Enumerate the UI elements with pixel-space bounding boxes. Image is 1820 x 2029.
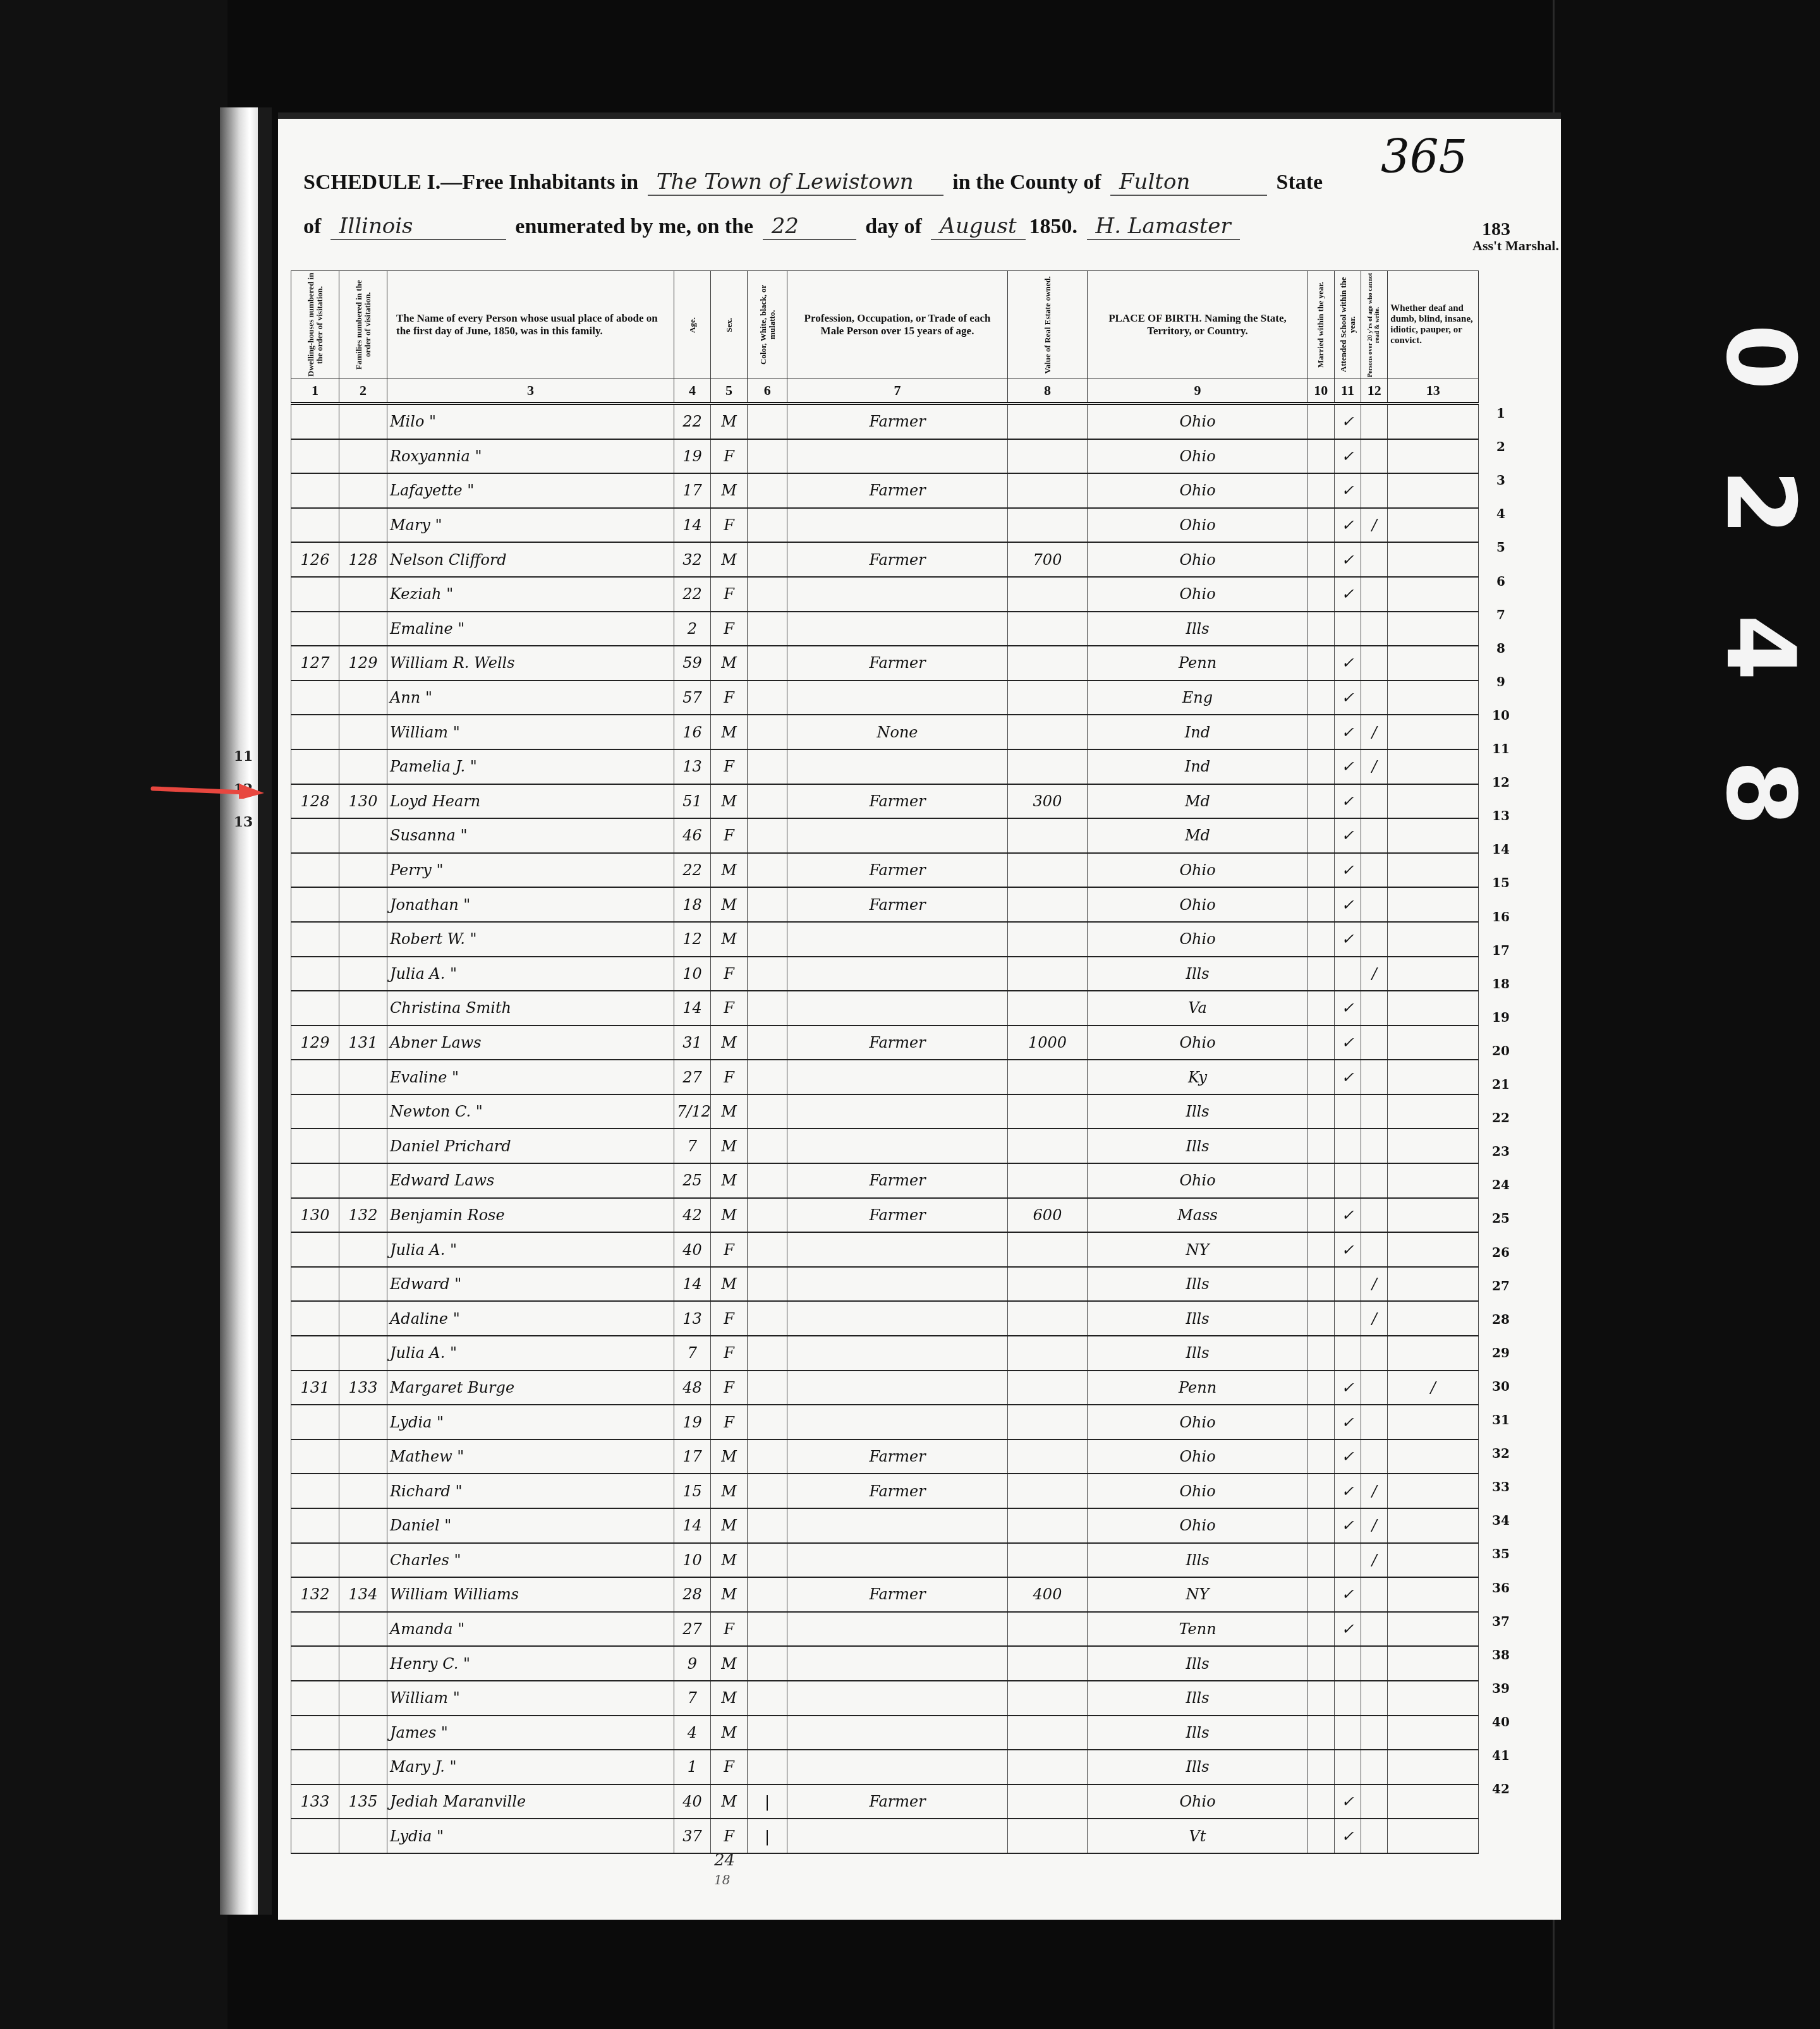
dwelling-number (291, 715, 339, 749)
table-row: Lydia "37F|Vt✓ (291, 1819, 1479, 1853)
illiterate-mark (1361, 1612, 1388, 1647)
real-estate-value (1007, 853, 1088, 888)
line-number: 39 (1485, 1681, 1517, 1696)
illiterate-mark (1361, 1405, 1388, 1439)
married-mark (1307, 818, 1334, 853)
illiterate-mark (1361, 1129, 1388, 1163)
occupation (787, 1681, 1007, 1716)
dwelling-number (291, 612, 339, 646)
dwelling-number: 131 (291, 1371, 339, 1405)
age: 14 (674, 991, 710, 1026)
sex: F (710, 1336, 747, 1371)
married-mark (1307, 1543, 1334, 1578)
married-mark (1307, 1336, 1334, 1371)
birthplace: Ohio (1088, 508, 1307, 543)
dwelling-number (291, 887, 339, 922)
color (748, 1371, 787, 1405)
real-estate-value (1007, 1267, 1088, 1302)
married-mark (1307, 1405, 1334, 1439)
sex: F (710, 957, 747, 991)
occupation (787, 612, 1007, 646)
married-mark (1307, 1129, 1334, 1163)
line-number: 41 (1485, 1748, 1517, 1763)
color (748, 508, 787, 543)
occupation: Farmer (787, 646, 1007, 681)
real-estate-value (1007, 1681, 1088, 1716)
family-number: 129 (339, 646, 387, 681)
sex: M (710, 1646, 747, 1681)
real-estate-value (1007, 1474, 1088, 1508)
person-name: Lafayette " (387, 473, 674, 508)
family-number (339, 1681, 387, 1716)
condition-mark (1388, 1577, 1479, 1612)
birthplace: Ohio (1088, 1439, 1307, 1474)
married-mark (1307, 681, 1334, 715)
birthplace: Ohio (1088, 1784, 1307, 1819)
school-mark: ✓ (1334, 404, 1361, 439)
school-mark (1334, 1750, 1361, 1784)
film-margin-left (0, 0, 227, 2029)
birthplace: Ills (1088, 612, 1307, 646)
illiterate-mark (1361, 1439, 1388, 1474)
person-name: Margaret Burge (387, 1371, 674, 1405)
family-number (339, 818, 387, 853)
condition-mark (1388, 542, 1479, 577)
birthplace: Vt (1088, 1819, 1307, 1853)
married-mark (1307, 1026, 1334, 1060)
table-row: Edward "14MIlls/ (291, 1267, 1479, 1302)
illiterate-mark (1361, 681, 1388, 715)
illiterate-mark: / (1361, 508, 1388, 543)
table-row: Emaline "2FIlls (291, 612, 1479, 646)
school-mark: ✓ (1334, 1819, 1361, 1853)
sex: M (710, 473, 747, 508)
color (748, 922, 787, 957)
person-name: Richard " (387, 1474, 674, 1508)
real-estate-value: 700 (1007, 542, 1088, 577)
col-header-condition: Whether deaf and dumb, blind, insane, id… (1388, 271, 1479, 379)
col-num: 11 (1334, 379, 1361, 404)
school-mark: ✓ (1334, 991, 1361, 1026)
dwelling-number (291, 1336, 339, 1371)
illiterate-mark (1361, 1060, 1388, 1094)
age: 19 (674, 439, 710, 474)
family-number (339, 991, 387, 1026)
col-header-age: Age. (674, 271, 710, 379)
line-number: 16 (1485, 909, 1517, 924)
color (748, 853, 787, 888)
real-estate-value (1007, 1716, 1088, 1750)
state-label: State (1276, 171, 1323, 194)
school-mark (1334, 1129, 1361, 1163)
condition-mark (1388, 1612, 1479, 1647)
color (748, 1094, 787, 1129)
col-header-family: Families numbered in the order of visita… (339, 271, 387, 379)
married-mark (1307, 1474, 1334, 1508)
col-num: 12 (1361, 379, 1388, 404)
illiterate-mark: / (1361, 715, 1388, 749)
table-row: 133135Jediah Maranville40M|FarmerOhio✓ (291, 1784, 1479, 1819)
state-field: Illinois (331, 214, 506, 240)
line-number: 1 (1485, 406, 1517, 421)
person-name: Evaline " (387, 1060, 674, 1094)
school-mark: ✓ (1334, 1232, 1361, 1267)
school-mark: ✓ (1334, 1474, 1361, 1508)
person-name: Loyd Hearn (387, 784, 674, 819)
color: | (748, 1784, 787, 1819)
birthplace: Ills (1088, 1646, 1307, 1681)
line-number: 32 (1485, 1446, 1517, 1461)
sex: M (710, 922, 747, 957)
sex: F (710, 749, 747, 784)
illiterate-mark (1361, 1232, 1388, 1267)
school-mark: ✓ (1334, 1405, 1361, 1439)
line-number: 12 (1485, 775, 1517, 790)
table-row: Julia A. "7FIlls (291, 1336, 1479, 1371)
age: 14 (674, 1267, 710, 1302)
real-estate-value (1007, 1543, 1088, 1578)
family-number (339, 887, 387, 922)
dwelling-number (291, 818, 339, 853)
family-number (339, 1508, 387, 1543)
birthplace: Ohio (1088, 887, 1307, 922)
occupation (787, 749, 1007, 784)
married-mark (1307, 646, 1334, 681)
color (748, 1301, 787, 1336)
col-num: 10 (1307, 379, 1334, 404)
birthplace: Ohio (1088, 1026, 1307, 1060)
col-num: 7 (787, 379, 1007, 404)
condition-mark (1388, 1267, 1479, 1302)
school-mark (1334, 1094, 1361, 1129)
family-number (339, 957, 387, 991)
illiterate-mark: / (1361, 957, 1388, 991)
table-row: Adaline "13FIlls/ (291, 1301, 1479, 1336)
condition-mark (1388, 681, 1479, 715)
sex: F (710, 577, 747, 612)
birthplace: NY (1088, 1577, 1307, 1612)
sex: M (710, 1681, 747, 1716)
school-mark: ✓ (1334, 681, 1361, 715)
family-number (339, 853, 387, 888)
family-number: 132 (339, 1198, 387, 1233)
condition-mark (1388, 1439, 1479, 1474)
condition-mark (1388, 1163, 1479, 1198)
school-mark: ✓ (1334, 1612, 1361, 1647)
real-estate-value: 600 (1007, 1198, 1088, 1233)
dwelling-number (291, 681, 339, 715)
table-row: 130132Benjamin Rose42MFarmer600Mass✓ (291, 1198, 1479, 1233)
occupation: Farmer (787, 784, 1007, 819)
dwelling-number (291, 957, 339, 991)
occupation (787, 1301, 1007, 1336)
illiterate-mark (1361, 1646, 1388, 1681)
person-name: Mary J. " (387, 1750, 674, 1784)
illiterate-mark (1361, 1577, 1388, 1612)
col-header-sex: Sex. (710, 271, 747, 379)
person-name: Edward Laws (387, 1163, 674, 1198)
condition-mark (1388, 508, 1479, 543)
occupation: Farmer (787, 1577, 1007, 1612)
sex: M (710, 1508, 747, 1543)
age: 25 (674, 1163, 710, 1198)
occupation (787, 1405, 1007, 1439)
real-estate-value (1007, 1060, 1088, 1094)
place-field: The Town of Lewistown (648, 169, 943, 196)
person-name: Daniel Prichard (387, 1129, 674, 1163)
family-number (339, 1094, 387, 1129)
age: 7 (674, 1336, 710, 1371)
school-mark: ✓ (1334, 922, 1361, 957)
col-num: 13 (1388, 379, 1479, 404)
married-mark (1307, 404, 1334, 439)
person-name: Mary " (387, 508, 674, 543)
illiterate-mark (1361, 577, 1388, 612)
sex: M (710, 646, 747, 681)
dwelling-number (291, 1543, 339, 1578)
line-number: 37 (1485, 1614, 1517, 1629)
dwelling-number (291, 1405, 339, 1439)
married-mark (1307, 439, 1334, 474)
real-estate-value (1007, 887, 1088, 922)
line-number: 36 (1485, 1580, 1517, 1596)
person-name: Amanda " (387, 1612, 674, 1647)
real-estate-value (1007, 1094, 1088, 1129)
school-mark: ✓ (1334, 784, 1361, 819)
condition-mark (1388, 1784, 1479, 1819)
birthplace: Va (1088, 991, 1307, 1026)
condition-mark (1388, 991, 1479, 1026)
line-number: 26 (1485, 1245, 1517, 1260)
occupation: None (787, 715, 1007, 749)
dwelling-number (291, 853, 339, 888)
census-body: Milo "22MFarmerOhio✓Roxyannia "19FOhio✓L… (291, 404, 1479, 1853)
sex: M (710, 404, 747, 439)
line-number: 28 (1485, 1312, 1517, 1327)
family-number (339, 439, 387, 474)
person-name: Mathew " (387, 1439, 674, 1474)
married-mark (1307, 1819, 1334, 1853)
illiterate-mark (1361, 1198, 1388, 1233)
header-line-1: SCHEDULE I.—Free Inhabitants in The Town… (303, 169, 1323, 196)
color (748, 473, 787, 508)
table-row: Perry "22MFarmerOhio✓ (291, 853, 1479, 888)
color (748, 887, 787, 922)
table-row: Jonathan "18MFarmerOhio✓ (291, 887, 1479, 922)
birthplace: Ohio (1088, 1405, 1307, 1439)
real-estate-value (1007, 1232, 1088, 1267)
occupation (787, 577, 1007, 612)
family-number (339, 1163, 387, 1198)
color (748, 404, 787, 439)
table-row: Pamelia J. "13FInd✓/ (291, 749, 1479, 784)
condition-mark (1388, 1094, 1479, 1129)
occupation (787, 1267, 1007, 1302)
color (748, 1681, 787, 1716)
color (748, 681, 787, 715)
person-name: Ann " (387, 681, 674, 715)
col-num: 6 (748, 379, 787, 404)
age: 17 (674, 473, 710, 508)
dwelling-number (291, 1301, 339, 1336)
condition-mark (1388, 1301, 1479, 1336)
family-number (339, 749, 387, 784)
birthplace: Ohio (1088, 1474, 1307, 1508)
age: 15 (674, 1474, 710, 1508)
col-header-married: Married within the year. (1307, 271, 1334, 379)
age: 22 (674, 577, 710, 612)
occupation (787, 1750, 1007, 1784)
line-number: 19 (1485, 1010, 1517, 1025)
birthplace: Mass (1088, 1198, 1307, 1233)
dwelling-number (291, 1439, 339, 1474)
color (748, 1577, 787, 1612)
occupation (787, 1819, 1007, 1853)
school-mark (1334, 957, 1361, 991)
birthplace: Ills (1088, 957, 1307, 991)
occupation (787, 1129, 1007, 1163)
table-row: Evaline "27FKy✓ (291, 1060, 1479, 1094)
line-number: 14 (1485, 842, 1517, 857)
table-row: Lydia "19FOhio✓ (291, 1405, 1479, 1439)
school-mark (1334, 1163, 1361, 1198)
page-number-handwritten: 365 (1381, 130, 1467, 183)
of-label: of (303, 215, 321, 238)
married-mark (1307, 542, 1334, 577)
dwelling-number (291, 1716, 339, 1750)
col-header-name: The Name of every Person whose usual pla… (387, 271, 674, 379)
married-mark (1307, 1267, 1334, 1302)
occupation: Farmer (787, 473, 1007, 508)
person-name: Adaline " (387, 1301, 674, 1336)
color (748, 715, 787, 749)
school-mark: ✓ (1334, 1060, 1361, 1094)
footer-tally: 24 18 (714, 1850, 735, 1888)
table-row: 129131Abner Laws31MFarmer1000Ohio✓ (291, 1026, 1479, 1060)
age: 4 (674, 1716, 710, 1750)
sex: F (710, 1612, 747, 1647)
illiterate-mark (1361, 887, 1388, 922)
family-number (339, 404, 387, 439)
illiterate-mark (1361, 1819, 1388, 1853)
illiterate-mark: / (1361, 1474, 1388, 1508)
occupation (787, 922, 1007, 957)
married-mark (1307, 922, 1334, 957)
illiterate-mark (1361, 1784, 1388, 1819)
sex: M (710, 1439, 747, 1474)
age: 18 (674, 887, 710, 922)
occupation: Farmer (787, 1439, 1007, 1474)
line-number: 42 (1485, 1781, 1517, 1796)
birthplace: Md (1088, 784, 1307, 819)
married-mark (1307, 1784, 1334, 1819)
occupation (787, 1232, 1007, 1267)
illiterate-mark (1361, 922, 1388, 957)
dwelling-number: 133 (291, 1784, 339, 1819)
condition-mark (1388, 922, 1479, 957)
table-row: Julia A. "10FIlls/ (291, 957, 1479, 991)
color (748, 612, 787, 646)
real-estate-value (1007, 1301, 1088, 1336)
occupation: Farmer (787, 1026, 1007, 1060)
table-row: Ann "57FEng✓ (291, 681, 1479, 715)
age: 1 (674, 1750, 710, 1784)
line-number: 4 (1485, 506, 1517, 521)
age: 27 (674, 1612, 710, 1647)
family-number: 134 (339, 1577, 387, 1612)
person-name: Julia A. " (387, 1232, 674, 1267)
roll-digit: 2 (1713, 469, 1807, 535)
occupation (787, 818, 1007, 853)
condition-mark: / (1388, 1371, 1479, 1405)
condition-mark (1388, 1026, 1479, 1060)
color (748, 1716, 787, 1750)
condition-mark (1388, 1508, 1479, 1543)
col-num: 4 (674, 379, 710, 404)
line-number: 15 (1485, 875, 1517, 890)
age: 37 (674, 1819, 710, 1853)
birthplace: Eng (1088, 681, 1307, 715)
dwelling-number: 130 (291, 1198, 339, 1233)
school-mark (1334, 1267, 1361, 1302)
birthplace: NY (1088, 1232, 1307, 1267)
family-number (339, 1474, 387, 1508)
real-estate-value (1007, 749, 1088, 784)
line-number: 2 (1485, 439, 1517, 454)
table-row: 127129William R. Wells59MFarmerPenn✓ (291, 646, 1479, 681)
line-number: 18 (1485, 976, 1517, 991)
occupation: Farmer (787, 1784, 1007, 1819)
occupation (787, 1508, 1007, 1543)
age: 13 (674, 749, 710, 784)
family-number (339, 1750, 387, 1784)
line-number: 25 (1485, 1211, 1517, 1226)
occupation: Farmer (787, 1198, 1007, 1233)
family-number: 135 (339, 1784, 387, 1819)
enumerated-label: enumerated by me, on the (515, 215, 753, 238)
illiterate-mark: / (1361, 1301, 1388, 1336)
person-name: Lydia " (387, 1405, 674, 1439)
birthplace: Ohio (1088, 473, 1307, 508)
line-number: 20 (1485, 1043, 1517, 1058)
real-estate-value (1007, 818, 1088, 853)
condition-mark (1388, 1336, 1479, 1371)
line-number: 24 (1485, 1177, 1517, 1192)
real-estate-value (1007, 1612, 1088, 1647)
married-mark (1307, 1060, 1334, 1094)
person-name: Emaline " (387, 612, 674, 646)
person-name: William " (387, 715, 674, 749)
color (748, 1026, 787, 1060)
person-name: Julia A. " (387, 1336, 674, 1371)
birthplace: Md (1088, 818, 1307, 853)
real-estate-value (1007, 577, 1088, 612)
col-num: 9 (1088, 379, 1307, 404)
occupation: Farmer (787, 1163, 1007, 1198)
condition-mark (1388, 473, 1479, 508)
illiterate-mark (1361, 1026, 1388, 1060)
family-number: 133 (339, 1371, 387, 1405)
real-estate-value (1007, 1646, 1088, 1681)
illiterate-mark (1361, 404, 1388, 439)
person-name: Roxyannia " (387, 439, 674, 474)
illiterate-mark: / (1361, 749, 1388, 784)
sex: F (710, 439, 747, 474)
school-mark: ✓ (1334, 715, 1361, 749)
film-margin-right (1553, 0, 1820, 2029)
married-mark (1307, 887, 1334, 922)
schedule-label: SCHEDULE I.—Free Inhabitants in (303, 171, 638, 194)
